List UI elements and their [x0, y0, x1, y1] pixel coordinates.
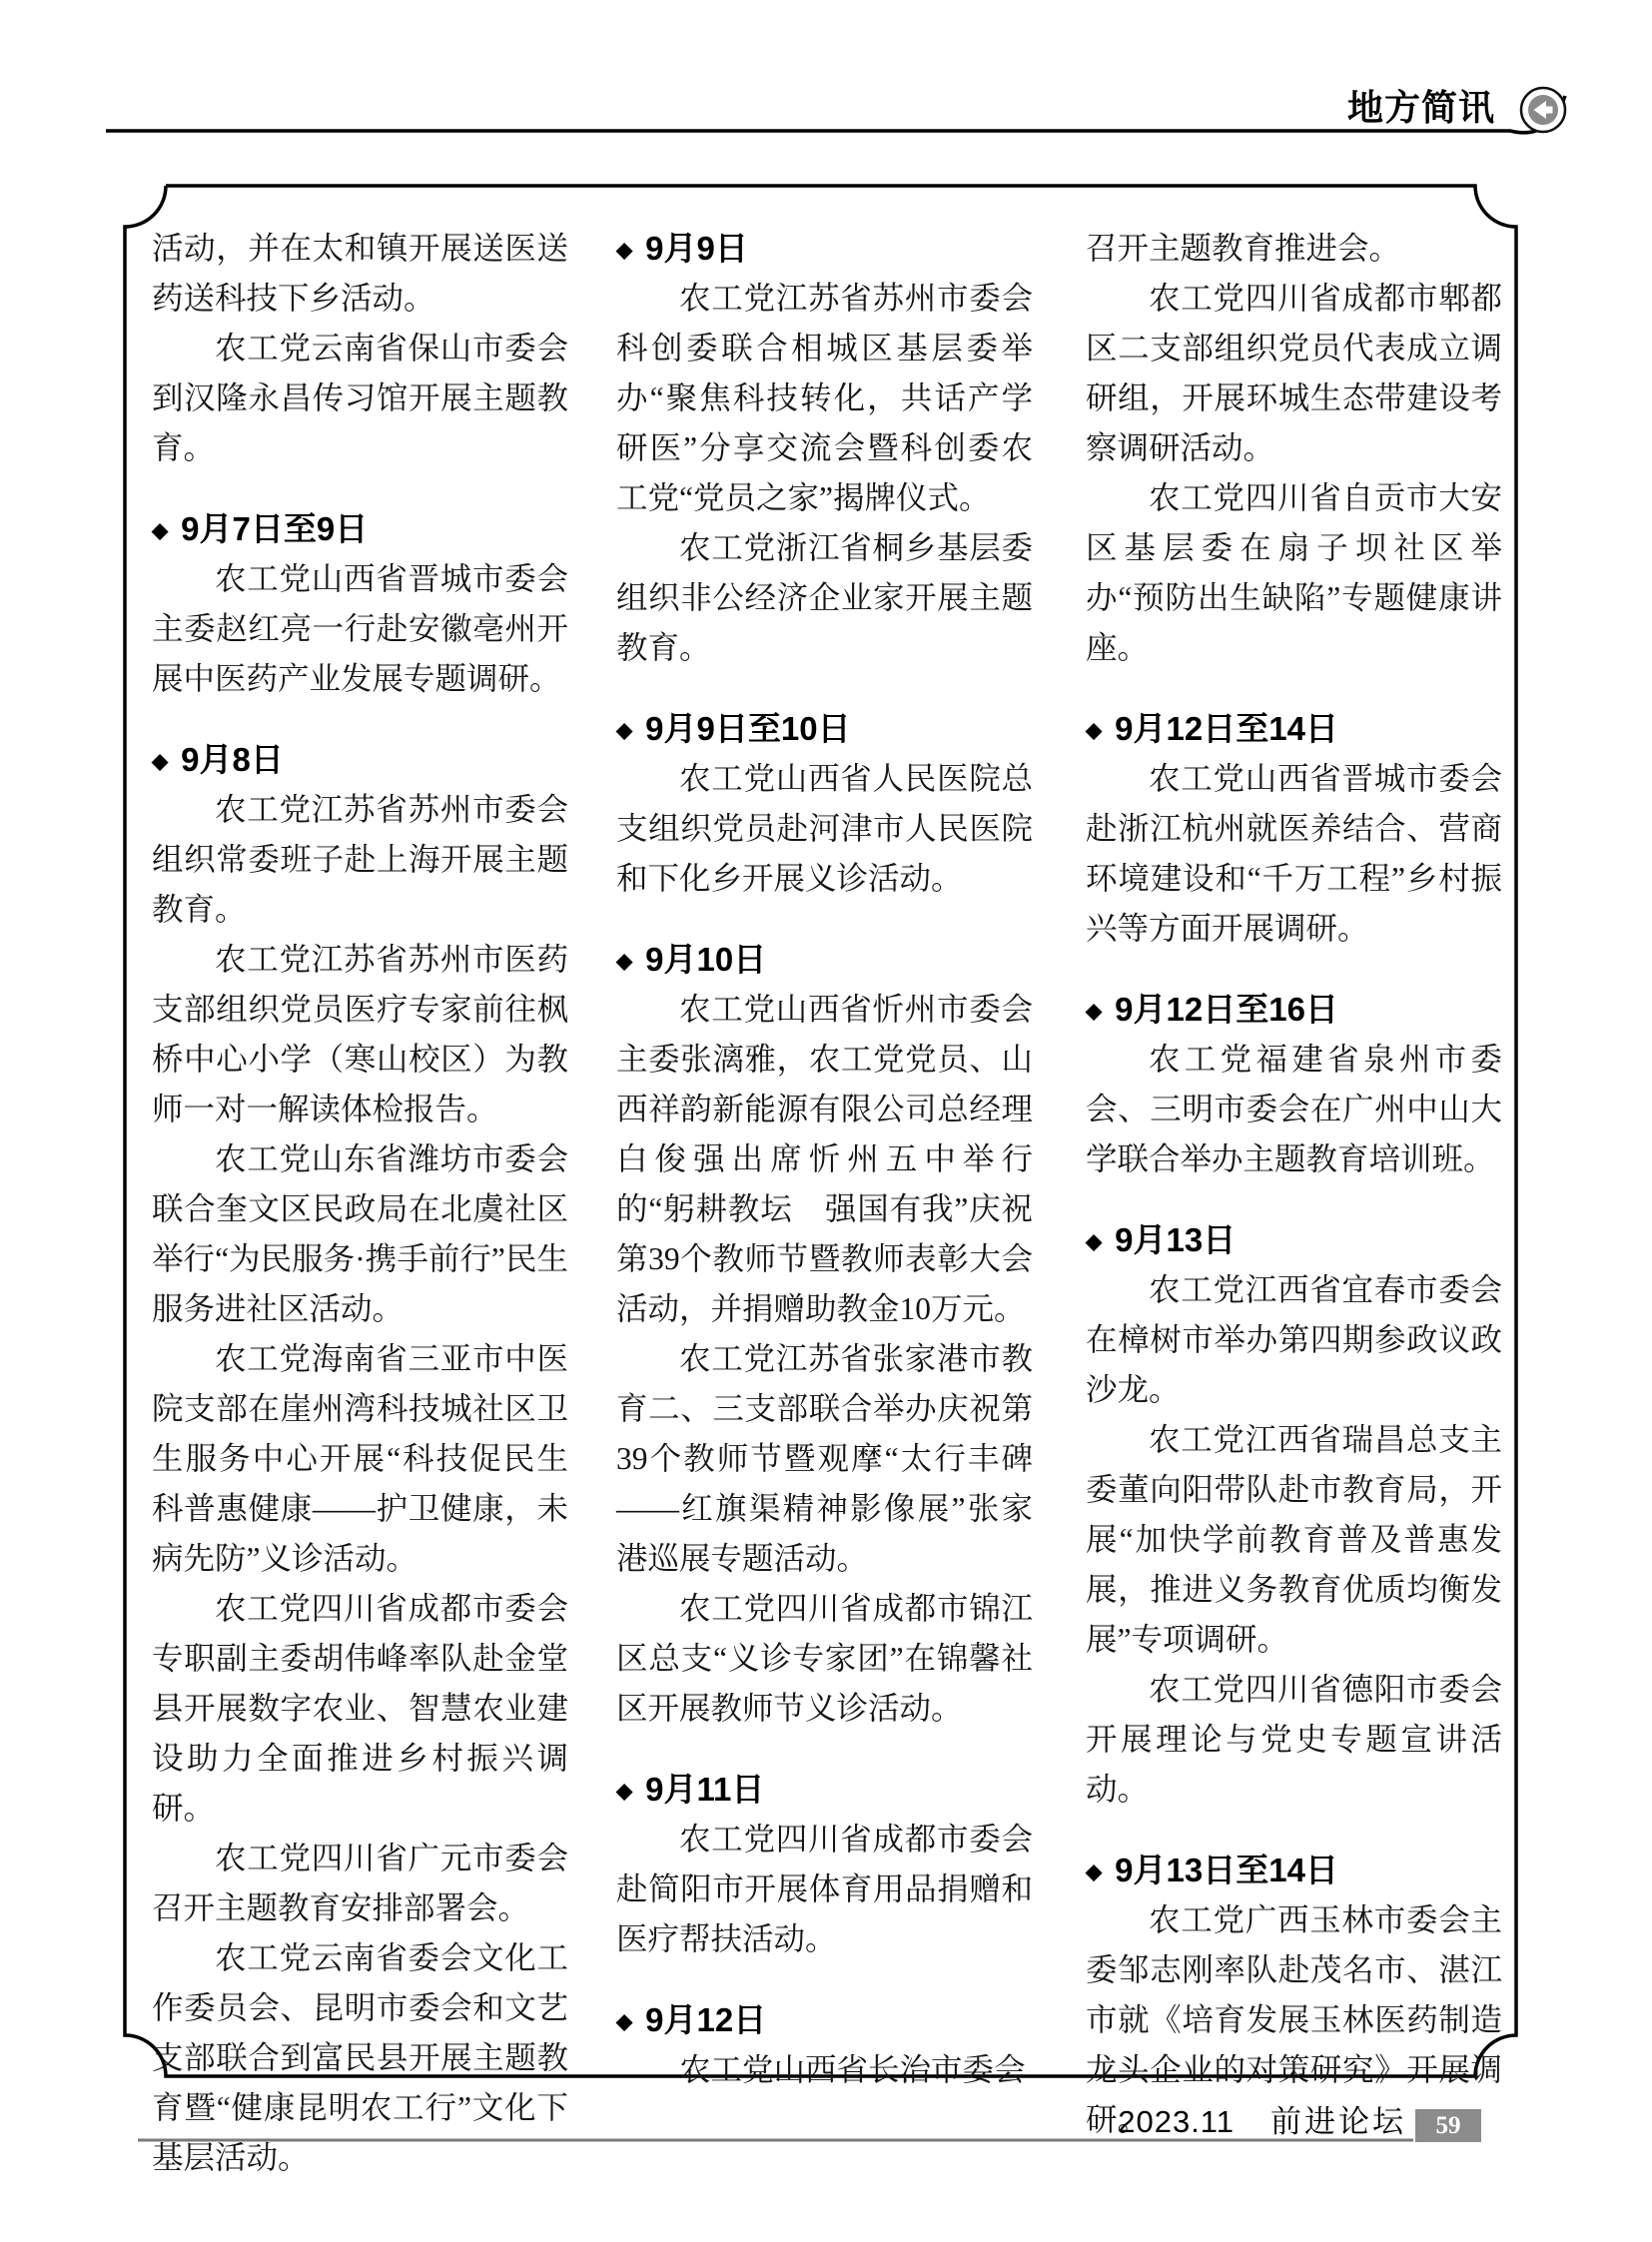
diamond-bullet-icon: ◆ [1086, 1862, 1102, 1882]
news-paragraph: 农工党山西省晋城市委会赴浙江杭州就医养结合、营商环境建设和“千万工程”乡村振兴等… [1086, 754, 1502, 954]
header-rule [106, 96, 1565, 133]
date-heading-label: 9月13日 [1115, 1215, 1236, 1265]
news-paragraph: 农工党四川省成都市委会专职副主委胡伟峰率队赴金堂县开展数字农业、智慧农业建设助力… [152, 1584, 568, 1834]
news-column-1: 活动，并在太和镇开展送医送药送科技下乡活动。农工党云南省保山市委会到汉隆永昌传习… [152, 224, 568, 2183]
news-paragraph: 农工党四川省成都市郫都区二支部组织党员代表成立调研组，开展环城生态带建设考察调研… [1086, 274, 1502, 473]
diamond-bullet-icon: ◆ [616, 2011, 632, 2032]
back-arrow-icon[interactable] [1518, 85, 1568, 135]
diamond-bullet-icon: ◆ [616, 240, 632, 261]
diamond-bullet-icon: ◆ [1086, 1001, 1102, 1022]
news-paragraph: 农工党云南省保山市委会到汉隆永昌传习馆开展主题教育。 [152, 324, 568, 473]
footer-imprint: 2023.11前进论坛 [879, 2103, 1406, 2141]
news-paragraph: 农工党江苏省张家港市教育二、三支部联合举办庆祝第39个教师节暨观摩“太行丰碑——… [616, 1334, 1033, 1584]
date-heading: ◆9月13日至14日 [1086, 1846, 1502, 1895]
news-paragraph: 农工党四川省德阳市委会开展理论与党史专题宣讲活动。 [1086, 1665, 1502, 1815]
date-heading-label: 9月11日 [645, 1765, 764, 1815]
news-paragraph: 农工党海南省三亚市中医院支部在崖州湾科技城社区卫生服务中心开展“科技促民生 科普… [152, 1334, 568, 1584]
date-heading-label: 9月9日至10日 [645, 704, 850, 754]
news-paragraph: 农工党云南省委会文化工作委员会、昆明市委会和文艺支部联合到富民县开展主题教育暨“… [152, 1933, 568, 2183]
diamond-bullet-icon: ◆ [1086, 720, 1102, 741]
news-paragraph: 召开主题教育推进会。 [1086, 224, 1502, 274]
diamond-bullet-icon: ◆ [616, 951, 632, 972]
news-paragraph: 农工党四川省成都市锦江区总支“义诊专家团”在锦馨社区开展教师节义诊活动。 [616, 1584, 1033, 1734]
date-heading-label: 9月12日至14日 [1115, 704, 1338, 754]
news-paragraph: 农工党江西省宜春市委会在樟树市举办第四期参政议政沙龙。 [1086, 1265, 1502, 1415]
magazine-title: 前进论坛 [1270, 2104, 1406, 2139]
news-column-2: ◆9月9日农工党江苏省苏州市委会科创委联合相城区基层委举办“聚焦科技转化，共话产… [616, 224, 1033, 2095]
date-heading: ◆9月10日 [616, 935, 1033, 985]
diamond-bullet-icon: ◆ [152, 751, 168, 772]
date-heading-label: 9月13日至14日 [1115, 1846, 1338, 1895]
page-number-badge: 59 [1415, 2109, 1481, 2142]
date-heading: ◆9月12日 [616, 1995, 1033, 2045]
date-heading: ◆9月7日至9日 [152, 504, 568, 554]
date-heading: ◆9月8日 [152, 735, 568, 785]
date-heading: ◆9月9日至10日 [616, 704, 1033, 754]
news-paragraph: 活动，并在太和镇开展送医送药送科技下乡活动。 [152, 224, 568, 324]
date-heading: ◆9月12日至14日 [1086, 704, 1502, 754]
date-heading-label: 9月8日 [181, 735, 284, 785]
news-paragraph: 农工党山西省忻州市委会主委张漓雅，农工党党员、山西祥韵新能源有限公司总经理白俊强… [616, 985, 1033, 1334]
date-heading-label: 9月9日 [645, 224, 748, 274]
date-heading: ◆9月13日 [1086, 1215, 1502, 1265]
diamond-bullet-icon: ◆ [616, 1781, 632, 1802]
news-paragraph: 农工党江苏省苏州市委会科创委联合相城区基层委举办“聚焦科技转化，共话产学研医”分… [616, 274, 1033, 523]
news-column-3: 召开主题教育推进会。农工党四川省成都市郫都区二支部组织党员代表成立调研组，开展环… [1086, 224, 1502, 2145]
news-paragraph: 农工党山东省潍坊市委会联合奎文区民政局在北虞社区举行“为民服务·携手前行”民生服… [152, 1134, 568, 1334]
date-heading-label: 9月10日 [645, 935, 766, 985]
section-title: 地方简讯 [1347, 80, 1497, 131]
diamond-bullet-icon: ◆ [1086, 1231, 1102, 1252]
news-paragraph: 农工党四川省自贡市大安区基层委在扇子坝社区举办“预防出生缺陷”专题健康讲座。 [1086, 473, 1502, 673]
news-paragraph: 农工党山西省长治市委会 [616, 2045, 1033, 2095]
date-heading: ◆9月9日 [616, 224, 1033, 274]
issue-date: 2023.11 [1118, 2104, 1235, 2139]
date-heading: ◆9月12日至16日 [1086, 985, 1502, 1035]
news-paragraph: 农工党江苏省苏州市委会组织常委班子赴上海开展主题教育。 [152, 785, 568, 935]
news-paragraph: 农工党福建省泉州市委会、三明市委会在广州中山大学联合举办主题教育培训班。 [1086, 1035, 1502, 1184]
news-paragraph: 农工党四川省广元市委会召开主题教育安排部署会。 [152, 1834, 568, 1933]
date-heading: ◆9月11日 [616, 1765, 1033, 1815]
date-heading-label: 9月7日至9日 [181, 504, 368, 554]
news-paragraph: 农工党江苏省苏州市医药支部组织党员医疗专家前往枫桥中心小学（寒山校区）为教师一对… [152, 935, 568, 1134]
diamond-bullet-icon: ◆ [616, 720, 632, 741]
news-paragraph: 农工党山西省人民医院总支组织党员赴河津市人民医院和下化乡开展义诊活动。 [616, 754, 1033, 904]
date-heading-label: 9月12日至16日 [1115, 985, 1338, 1035]
diamond-bullet-icon: ◆ [152, 520, 168, 541]
news-paragraph: 农工党浙江省桐乡基层委组织非公经济企业家开展主题教育。 [616, 523, 1033, 673]
news-paragraph: 农工党四川省成都市委会赴简阳市开展体育用品捐赠和医疗帮扶活动。 [616, 1815, 1033, 1964]
news-paragraph: 农工党江西省瑞昌总支主委董向阳带队赴市教育局，开展“加快学前教育普及普惠发展，推… [1086, 1415, 1502, 1665]
date-heading-label: 9月12日 [645, 1995, 766, 2045]
news-paragraph: 农工党山西省晋城市委会主委赵红亮一行赴安徽亳州开展中医药产业发展专题调研。 [152, 554, 568, 704]
